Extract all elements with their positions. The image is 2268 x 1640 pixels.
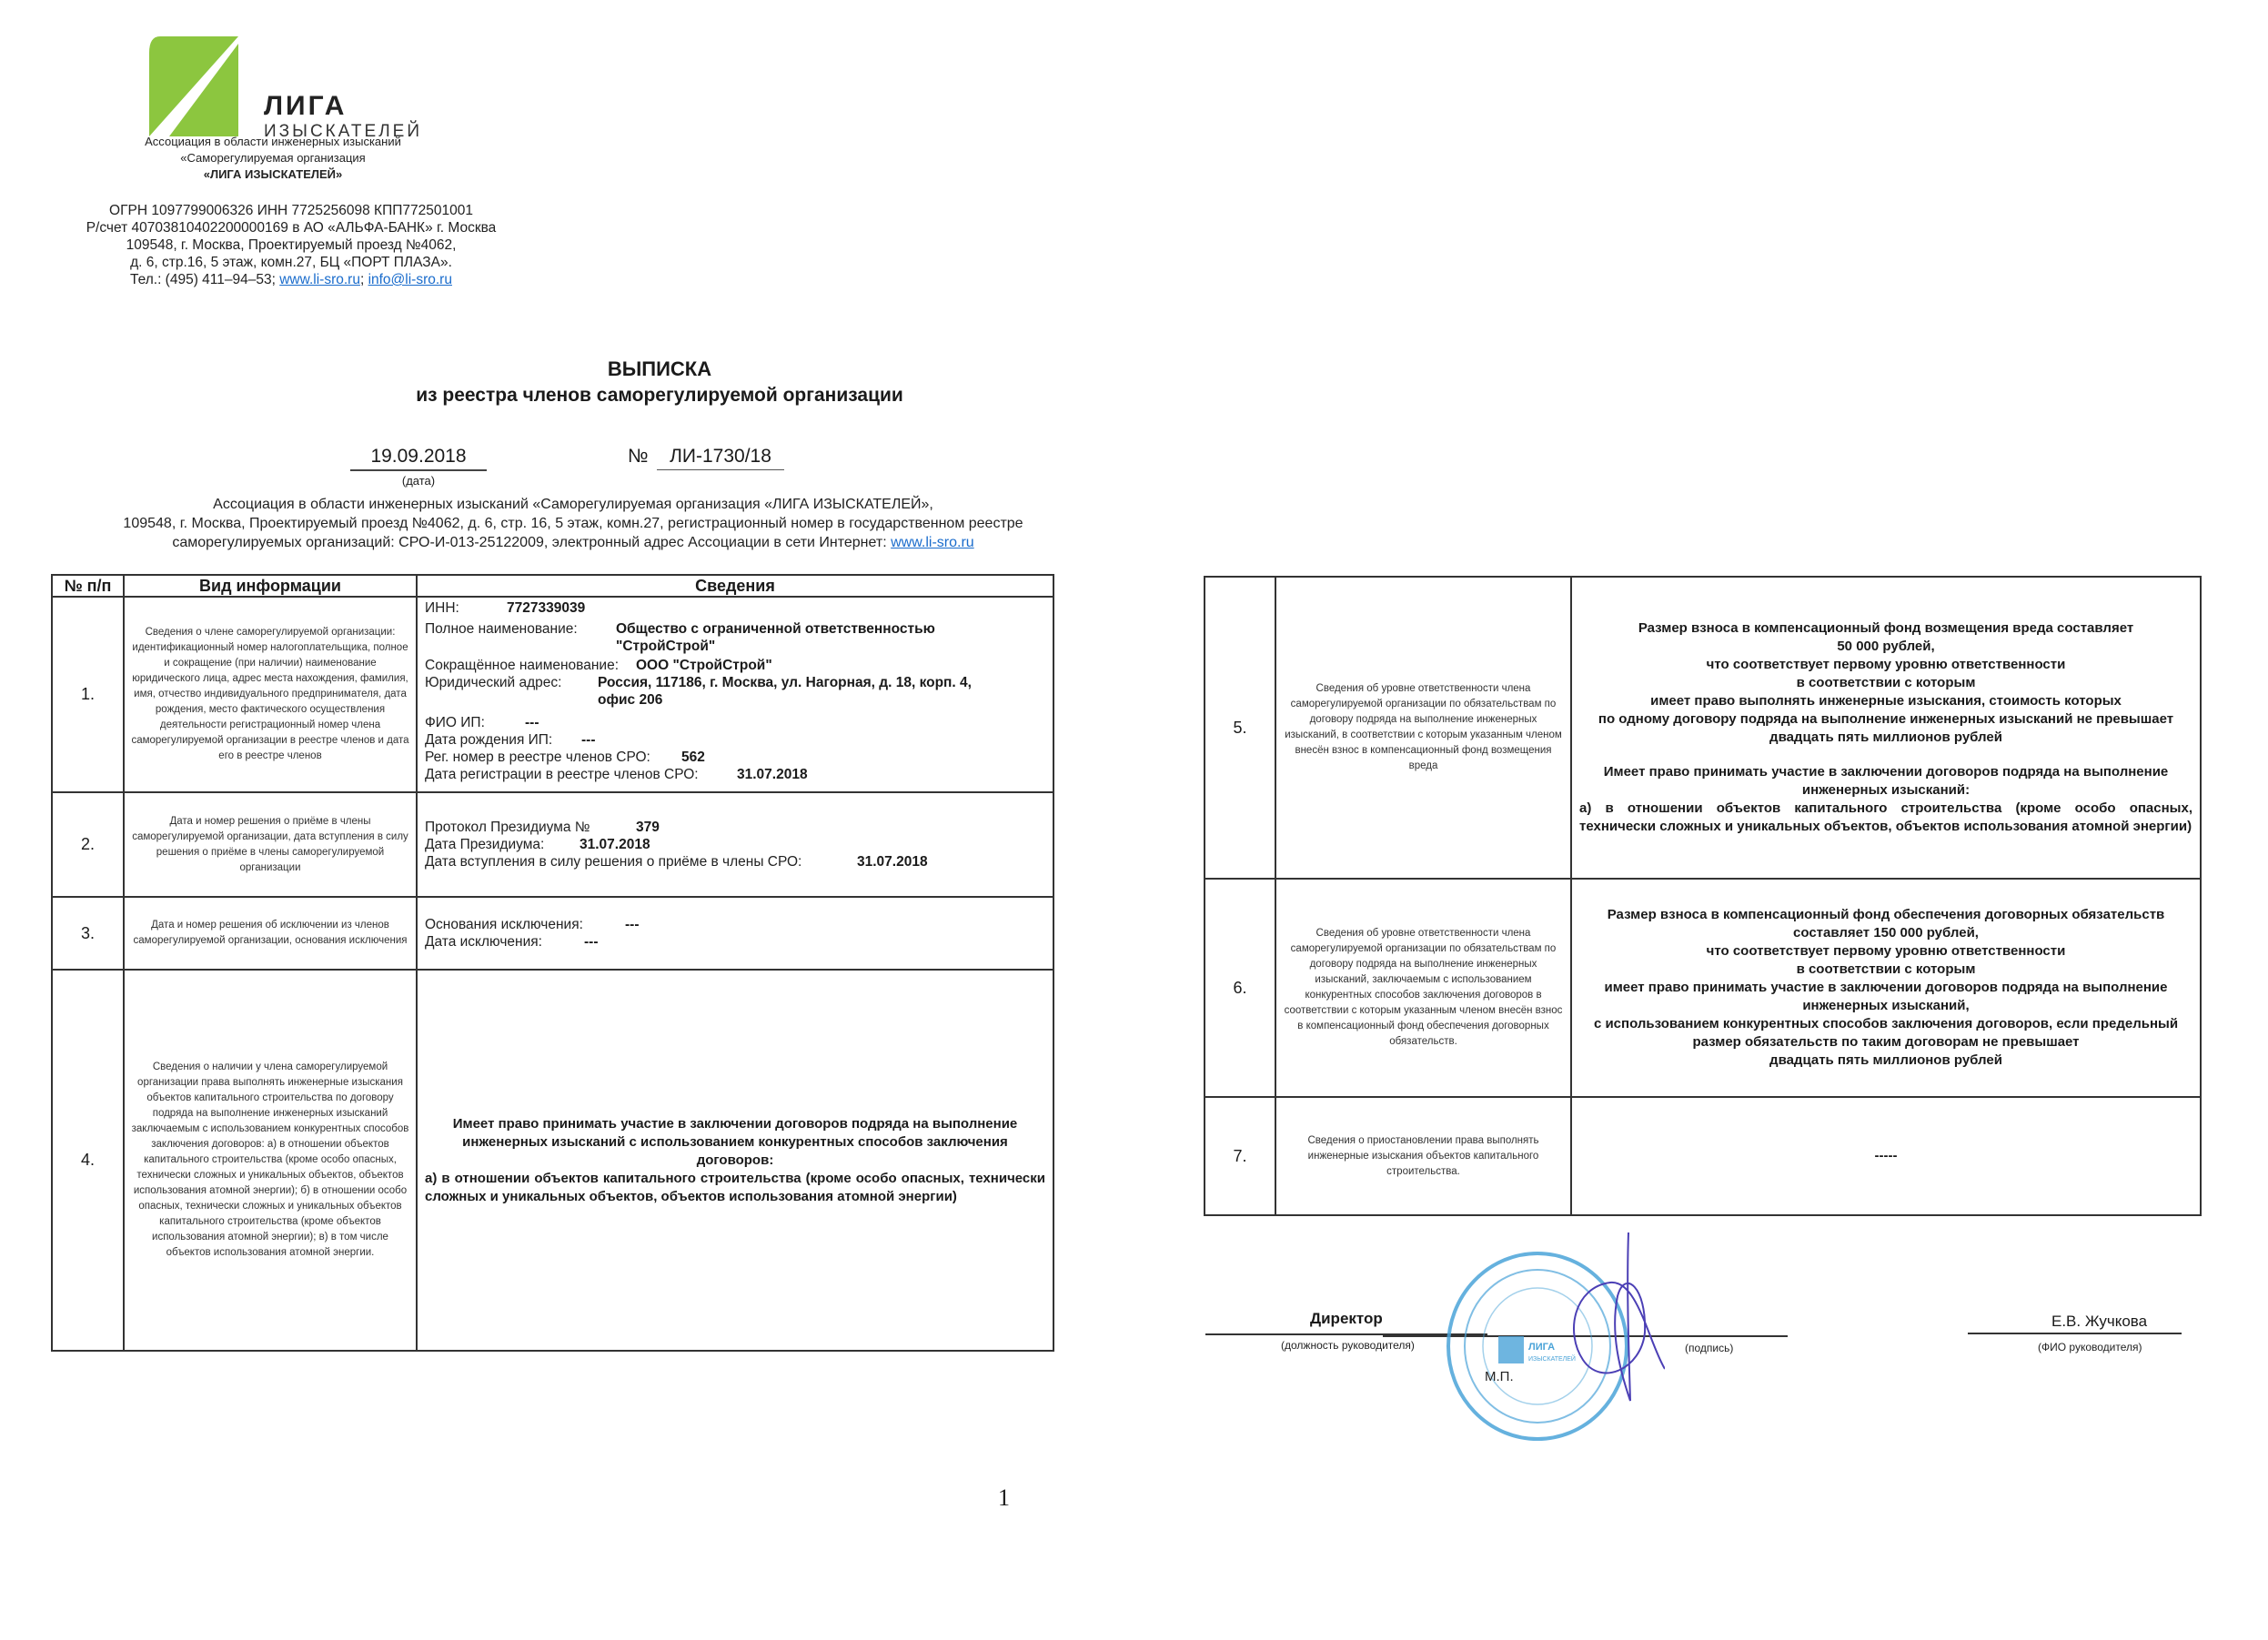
registry-table-left: № п/п Вид информации Сведения 1. Сведени… [51, 574, 1054, 1352]
table-row: 4. Сведения о наличии у члена саморегули… [52, 970, 1053, 1351]
fio-value: --- [525, 714, 539, 731]
position-caption: (должность руководителя) [1281, 1339, 1415, 1352]
info-line: имеет право выполнять инженерные изыскан… [1579, 692, 2192, 710]
header-kind: Вид информации [124, 575, 417, 597]
presidium-date-label: Дата Президиума: [425, 836, 580, 853]
short-name-label: Сокращённое наименование: [425, 657, 636, 674]
short-name-value: ООО "СтройСтрой" [636, 657, 772, 674]
row-number: 2. [52, 792, 124, 897]
protocol-value: 379 [636, 819, 660, 836]
stamp-label: М.П. [1485, 1369, 1514, 1384]
presidium-date-value: 31.07.2018 [580, 836, 650, 853]
birth-value: --- [581, 731, 596, 749]
requisites-line: ОГРН 1097799006326 ИНН 7725256098 КПП772… [36, 202, 546, 219]
reg-date-value: 31.07.2018 [737, 766, 808, 783]
info-line: что соответствует первому уровню ответст… [1579, 942, 2192, 961]
document-date: 19.09.2018 [350, 446, 487, 471]
registry-table-right: 5. Сведения об уровне ответственности чл… [1204, 576, 2202, 1216]
phone: Тел.: (495) 411–94–53; [130, 272, 276, 287]
row-kind: Сведения о наличии у члена саморегулируе… [124, 970, 417, 1351]
assoc-line: 109548, г. Москва, Проектируемый проезд … [109, 514, 1037, 533]
row-number: 7. [1205, 1097, 1275, 1215]
info-line: двадцать пять миллионов рублей [1579, 1051, 2192, 1070]
header-number: № п/п [52, 575, 124, 597]
row-kind: Дата и номер решения о приёме в члены са… [124, 792, 417, 897]
basis-value: --- [625, 916, 640, 933]
row-kind: Сведения о приостановлении права выполня… [1275, 1097, 1571, 1215]
full-name-label: Полное наименование: [425, 620, 616, 638]
table-row: 3. Дата и номер решения об исключении из… [52, 897, 1053, 970]
row-number: 6. [1205, 879, 1275, 1097]
row-kind: Сведения о члене саморегулируемой органи… [124, 597, 417, 792]
exclusion-date-value: --- [584, 933, 599, 951]
table-row: 6. Сведения об уровне ответственности чл… [1205, 879, 2201, 1097]
row-info: Размер взноса в компенсационный фонд обе… [1571, 879, 2201, 1097]
rights-heading: Имеет право принимать участие в заключен… [1579, 763, 2192, 800]
exclusion-date-label: Дата исключения: [425, 933, 584, 951]
org-line: Ассоциация в области инженерных изыскани… [118, 134, 428, 150]
row-info: Основания исключения:--- Дата исключения… [417, 897, 1053, 970]
position-title: Директор [1310, 1310, 1383, 1328]
row-info: Имеет право принимать участие в заключен… [417, 970, 1053, 1351]
director-name: Е.В. Жучкова [2051, 1313, 2147, 1331]
info-line: инженерных изысканий, [1579, 997, 2192, 1015]
logo-mark-icon [144, 35, 238, 136]
table-header-row: № п/п Вид информации Сведения [52, 575, 1053, 597]
reg-num-label: Рег. номер в реестре членов СРО: [425, 749, 681, 766]
org-line: «ЛИГА ИЗЫСКАТЕЛЕЙ» [118, 166, 428, 183]
requisites-block: ОГРН 1097799006326 ИНН 7725256098 КПП772… [36, 202, 546, 288]
address-value: Россия, 117186, г. Москва, ул. Нагорная,… [598, 674, 972, 691]
document-title: ВЫПИСКА [273, 357, 1046, 381]
table-row: 7. Сведения о приостановлении права выпо… [1205, 1097, 2201, 1215]
info-line: Размер взноса в компенсационный фонд обе… [1579, 906, 2192, 924]
info-line: что соответствует первому уровню ответст… [1579, 656, 2192, 674]
info-line: в соответствии с которым [1579, 961, 2192, 979]
document-number: ЛИ-1730/18 [657, 446, 784, 470]
requisites-line: Р/счет 40703810402200000169 в АО «АЛЬФА-… [36, 219, 546, 236]
row-kind: Сведения об уровне ответственности члена… [1275, 577, 1571, 879]
row-kind: Сведения об уровне ответственности члена… [1275, 879, 1571, 1097]
website-link[interactable]: www.li-sro.ru [279, 272, 360, 287]
basis-label: Основания исключения: [425, 916, 625, 933]
full-name-value-2: "СтройСтрой" [616, 638, 715, 655]
row-number: 3. [52, 897, 124, 970]
rights-item: а) в отношении объектов капитального стр… [1579, 800, 2192, 836]
logo-name: ЛИГА [264, 91, 347, 122]
table-row: 2. Дата и номер решения о приёме в члены… [52, 792, 1053, 897]
signature-icon [1547, 1233, 1665, 1405]
birth-label: Дата рождения ИП: [425, 731, 581, 749]
email-link[interactable]: info@li-sro.ru [368, 272, 452, 287]
org-line: «Саморегулируемая организация [118, 150, 428, 166]
address-label: Юридический адрес: [425, 674, 598, 691]
row-number: 1. [52, 597, 124, 792]
signature-caption: (подпись) [1685, 1342, 1733, 1354]
contacts-line: Тел.: (495) 411–94–53; www.li-sro.ru; in… [36, 271, 546, 288]
name-caption: (ФИО руководителя) [2038, 1341, 2142, 1353]
protocol-label: Протокол Президиума № [425, 819, 636, 836]
info-line: имеет право принимать участие в заключен… [1579, 979, 2192, 997]
number-label: № [628, 446, 649, 468]
full-name-value: Общество с ограниченной ответственностью [616, 620, 935, 638]
row-number: 5. [1205, 577, 1275, 879]
association-paragraph: Ассоциация в области инженерных изыскани… [109, 495, 1037, 552]
rights-item: а) в отношении объектов капитального стр… [425, 1170, 1045, 1206]
table-row: 5. Сведения об уровне ответственности чл… [1205, 577, 2201, 879]
rights-heading: Имеет право принимать участие в заключен… [425, 1115, 1045, 1170]
info-line: с использованием конкурентных способов з… [1579, 1015, 2192, 1033]
requisites-line: 109548, г. Москва, Проектируемый проезд … [36, 236, 546, 254]
org-name-block: Ассоциация в области инженерных изыскани… [118, 134, 428, 183]
info-line: Размер взноса в компенсационный фонд воз… [1579, 619, 2192, 638]
contribution-amount: составляет 150 000 рублей, [1579, 924, 2192, 942]
contribution-amount: 50 000 рублей, [1579, 638, 2192, 656]
row-info: Размер взноса в компенсационный фонд воз… [1571, 577, 2201, 879]
assoc-line: Ассоциация в области инженерных изыскани… [109, 495, 1037, 514]
info-line: в соответствии с которым [1579, 674, 2192, 692]
inn-label: ИНН: [425, 599, 507, 617]
page-number: 1 [998, 1484, 1010, 1512]
inn-value: 7727339039 [507, 599, 585, 617]
row-info: ----- [1571, 1097, 2201, 1215]
separator: ; [360, 272, 364, 287]
info-line: по одному договору подряда на выполнение… [1579, 710, 2192, 729]
document-subtitle: из реестра членов саморегулируемой орган… [273, 385, 1046, 407]
assoc-line: саморегулируемых организаций: СРО-И-013-… [109, 533, 1037, 552]
effective-date-value: 31.07.2018 [857, 853, 928, 870]
table-row: 1. Сведения о члене саморегулируемой орг… [52, 597, 1053, 792]
effective-date-label: Дата вступления в силу решения о приёме … [425, 853, 857, 870]
info-line: двадцать пять миллионов рублей [1579, 729, 2192, 747]
requisites-line: д. 6, стр.16, 5 этаж, комн.27, БЦ «ПОРТ … [36, 254, 546, 271]
header-info: Сведения [417, 575, 1053, 597]
row-number: 4. [52, 970, 124, 1351]
assoc-website-link[interactable]: www.li-sro.ru [891, 535, 974, 550]
reg-date-label: Дата регистрации в реестре членов СРО: [425, 766, 737, 783]
address-value-2: офис 206 [598, 691, 662, 709]
info-line: размер обязательств по таким договорам н… [1579, 1033, 2192, 1051]
row-kind: Дата и номер решения об исключении из чл… [124, 897, 417, 970]
assoc-text: саморегулируемых организаций: СРО-И-013-… [172, 535, 886, 550]
reg-num-value: 562 [681, 749, 705, 766]
row-info: Протокол Президиума №379 Дата Президиума… [417, 792, 1053, 897]
row-info: ИНН:7727339039 Полное наименование:Общес… [417, 597, 1053, 792]
fio-label: ФИО ИП: [425, 714, 525, 731]
date-caption: (дата) [350, 474, 487, 488]
name-line [1968, 1333, 2182, 1334]
